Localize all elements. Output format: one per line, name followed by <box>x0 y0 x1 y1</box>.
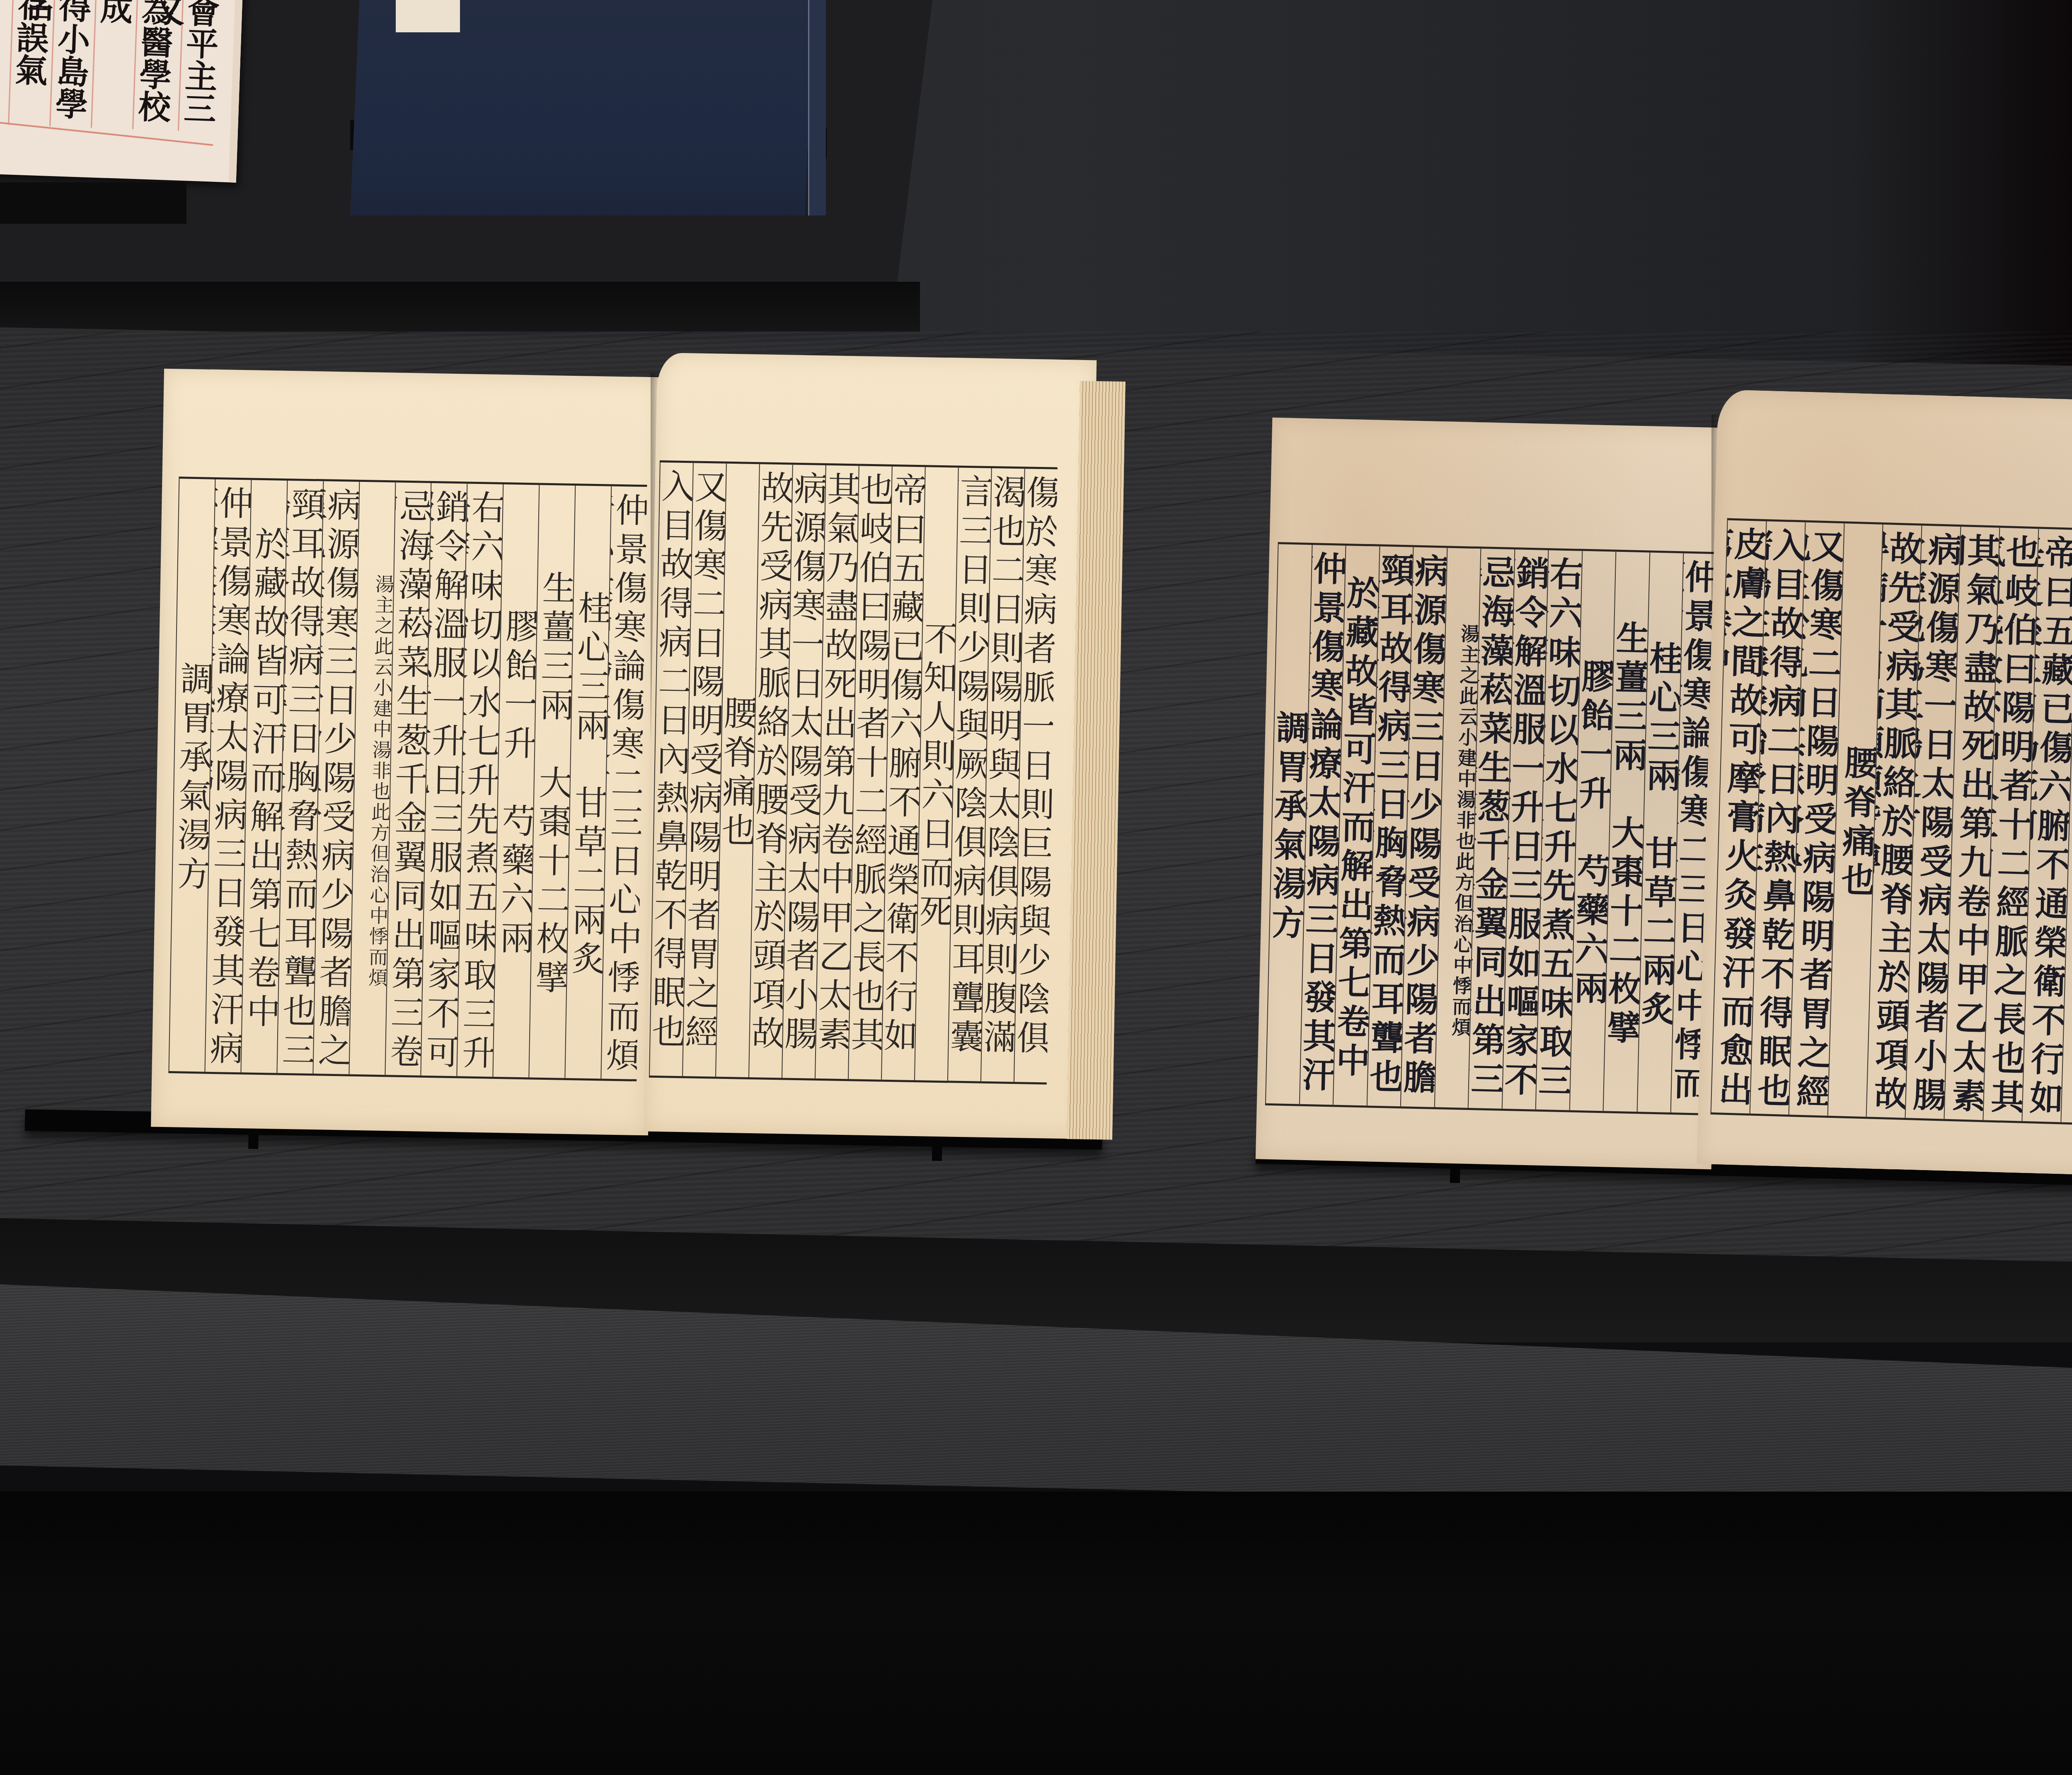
text-frame: 仲景傷寒論傷寒二三日心中悸而煩者小建中湯主之方 桂心三兩 甘草二兩炙 生薑三兩 … <box>1265 542 1717 1115</box>
manuscript-column: 會平主三又 <box>178 0 218 132</box>
manuscript-stand <box>0 182 186 224</box>
text-frame: 傷於寒病者脈一日則巨陽與少陰俱病則頭痛口乾煩滿而 渴也二日則陽明與太陰俱病則腹滿… <box>649 460 1058 1085</box>
text-frame: 傷於寒病者脈一日則巨陽與少陰俱病則頭痛口乾煩滿而 渴也二日則陽明與太陰俱病則腹滿… <box>1711 518 2072 1129</box>
blue-book-binding <box>808 0 826 215</box>
stand-foot <box>1450 1169 1460 1183</box>
right-book-right-page: 傷於寒病者脈一日則巨陽與少陰俱病則頭痛口乾煩滿而 渴也二日則陽明與太陰俱病則腹滿… <box>1697 389 2072 1181</box>
upper-shelf-edge <box>0 282 920 331</box>
stand-foot <box>932 1147 942 1161</box>
right-book-left-page: 仲景傷寒論傷寒二三日心中悸而煩者小建中湯主之方 桂心三兩 甘草二兩炙 生薑三兩 … <box>1256 418 1728 1169</box>
left-book-right-page: 傷於寒病者脈一日則巨陽與少陰俱病則頭痛口乾煩滿而 渴也二日則陽明與太陰俱病則腹滿… <box>644 353 1097 1139</box>
blue-cover-book <box>350 0 814 215</box>
left-book-left-page: 仲景傷寒論傷寒二三日心中悸而煩者小建中湯主之方 桂心三兩 甘草二兩炙 生薑三兩 … <box>151 369 661 1136</box>
manuscript-column: 成 <box>91 0 131 129</box>
manuscript-column: 為醫學校 <box>132 0 173 131</box>
floor-shadow <box>0 1492 2072 1775</box>
text-frame: 仲景傷寒論傷寒二三日心中悸而煩者小建中湯主之方 桂心三兩 甘草二兩炙 生薑三兩 … <box>168 476 647 1081</box>
manuscript-column: 存誤氣 <box>8 0 48 126</box>
blue-book-title-slip <box>396 0 460 32</box>
handwritten-manuscript: 會平主三又 為醫學校 成 得小島學古 存誤氣 <box>0 0 243 183</box>
manuscript-column: 得小島學古 <box>49 0 90 128</box>
stand-foot <box>248 1135 259 1149</box>
